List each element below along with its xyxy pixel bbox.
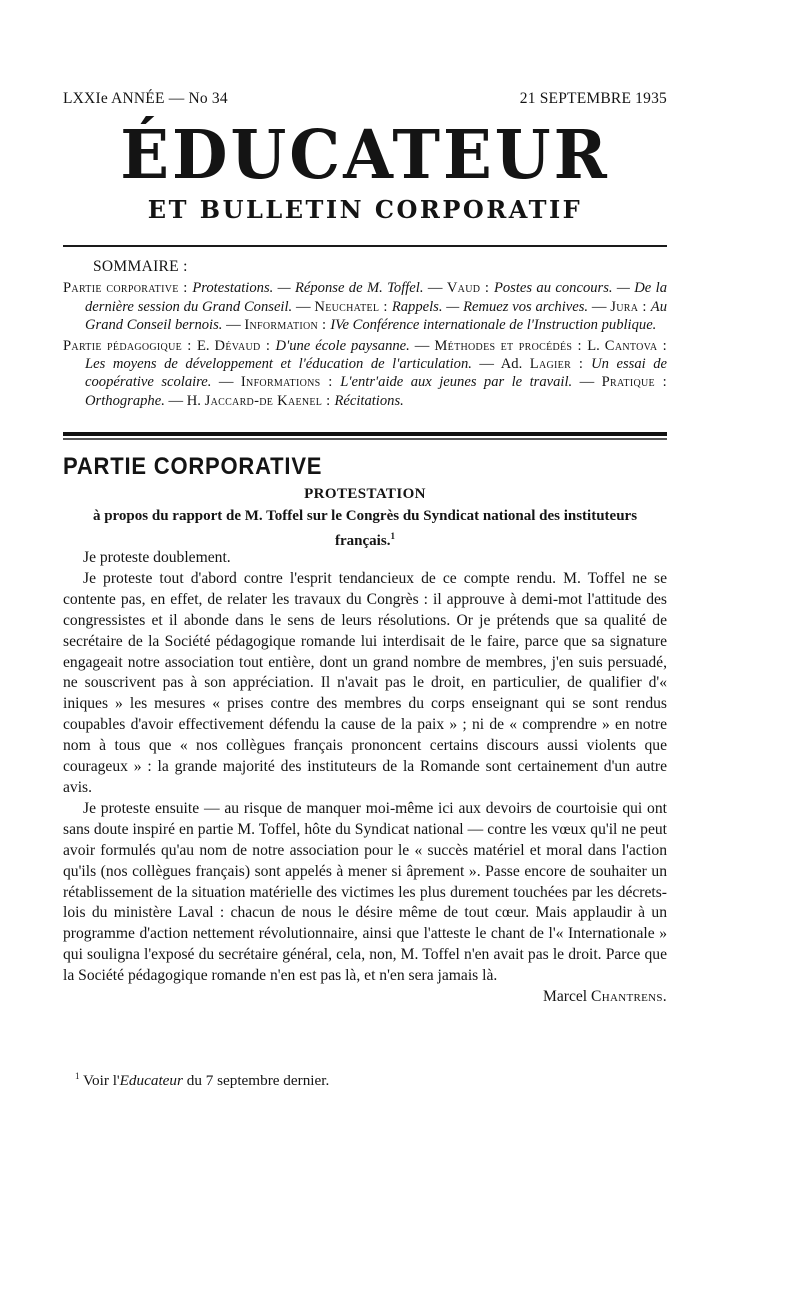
toc-segment-sc: Lagier : (530, 356, 591, 372)
toc-segment-plain: — (410, 338, 435, 354)
toc-segment-plain: — (222, 317, 244, 333)
running-head: LXXIe ANNÉE — No 34 21 SEPTEMBRE 1935 (63, 90, 667, 108)
toc-segment-sc: Partie corporative : (63, 280, 192, 296)
footnote-reference: 1 (390, 531, 395, 541)
header-rule (63, 245, 667, 247)
toc-segment-sc: Partie pédagogique : (63, 338, 197, 354)
paragraph: Je proteste ensuite — au risque de manqu… (63, 799, 667, 987)
issue-date: 21 SEPTEMBRE 1935 (520, 90, 667, 108)
article-subtitle-text: à propos du rapport de M. Toffel sur le … (93, 508, 637, 549)
toc-segment-sc: Méthodes et procédés : (434, 338, 587, 354)
toc-segment-sc: Dévaud : (215, 338, 276, 354)
toc-segment-plain: — (572, 374, 601, 390)
author-last-name: Chantrens. (591, 988, 667, 1005)
toc-segment-sc: Neuchatel : (314, 299, 391, 315)
masthead-title: ÉDUCATEUR (63, 122, 667, 189)
toc-segment-plain: — Ad. (472, 356, 530, 372)
toc-segment-plain: E. (197, 338, 215, 354)
section-double-rule (63, 432, 667, 440)
author-signature: Marcel Chantrens. (63, 987, 667, 1008)
toc-segment-sc: Pratique : (602, 374, 667, 390)
toc-segment-it: Protestations. — Réponse de M. Toffel. (192, 280, 423, 296)
toc-segment-it: IVe Conférence internationale de l'Instr… (330, 317, 656, 333)
article-subtitle: à propos du rapport de M. Toffel sur le … (63, 506, 667, 551)
toc-block-pedagogique: Partie pédagogique : E. Dévaud : D'une é… (63, 337, 667, 411)
paragraph: Je proteste doublement. (63, 548, 667, 569)
footnote-suffix: du 7 septembre dernier. (183, 1072, 329, 1089)
toc-segment-sc: Cantova : (605, 338, 667, 354)
toc-block-corporative: Partie corporative : Protestations. — Ré… (63, 279, 667, 334)
toc-segment-sc: Jura : (610, 299, 651, 315)
article-title: PROTESTATION (63, 486, 667, 503)
toc-segment-it: L'entr'aide aux jeunes par le travail. (340, 374, 572, 390)
volume-number: LXXIe ANNÉE — No 34 (63, 90, 228, 108)
footnote-journal-title: Educateur (120, 1072, 183, 1089)
masthead-subtitle: ET BULLETIN CORPORATIF (63, 198, 667, 222)
toc-segment-plain: — (211, 374, 240, 390)
author-first-name: Marcel (543, 988, 591, 1005)
paragraph: Je proteste tout d'abord contre l'esprit… (63, 569, 667, 799)
toc-segment-sc: Vaud : (447, 280, 494, 296)
toc-segment-plain: L. (587, 338, 605, 354)
footnote: 1 Voir l'Educateur du 7 septembre dernie… (75, 1071, 329, 1090)
footnote-prefix: Voir l' (80, 1072, 120, 1089)
article-body: Je proteste doublement. Je proteste tout… (63, 548, 667, 1008)
toc-segment-it: Les moyens de développement et l'éducati… (85, 356, 472, 372)
toc-segment-plain: — (424, 280, 447, 296)
toc-segment-it: Récitations. (334, 393, 403, 409)
section-heading: PARTIE CORPORATIVE (63, 452, 322, 481)
table-of-contents: SOMMAIRE : Partie corporative : Protesta… (63, 258, 667, 412)
toc-segment-sc: Information : (244, 317, 330, 333)
toc-segment-it: Rappels. — Remuez vos archives. (392, 299, 588, 315)
toc-segment-it: Orthographe. (85, 393, 165, 409)
toc-title: SOMMAIRE : (93, 258, 667, 276)
toc-segment-plain: — (588, 299, 610, 315)
toc-segment-plain: — (292, 299, 314, 315)
toc-segment-sc: Jaccard-de Kaenel : (205, 393, 335, 409)
toc-segment-it: D'une école paysanne. (276, 338, 410, 354)
toc-segment-plain: — H. (165, 393, 205, 409)
toc-segment-sc: Informations : (241, 374, 340, 390)
